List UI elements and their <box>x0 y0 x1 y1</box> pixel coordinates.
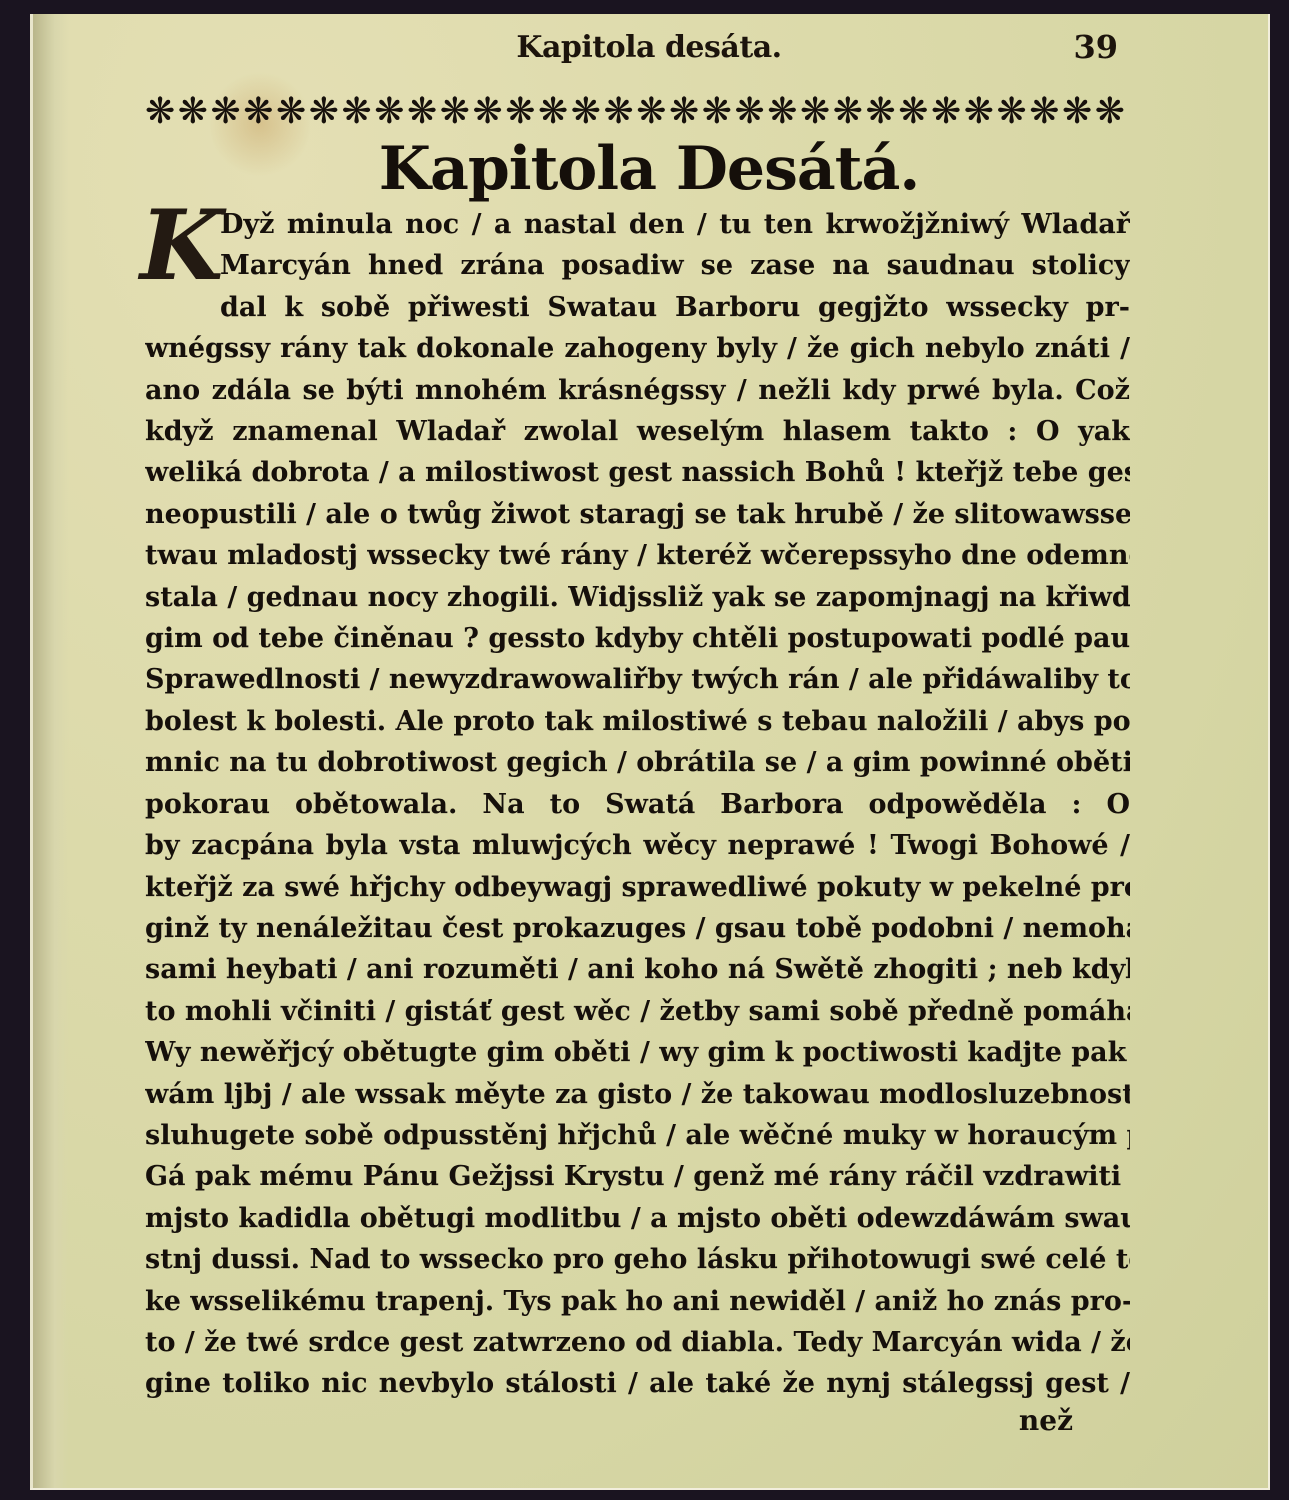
ornament-flower-icon: ❋ <box>833 94 863 130</box>
ornament-flower-icon: ❋ <box>767 94 797 130</box>
text-line: ginž ty nenáležitau čest prokazuges / gs… <box>145 908 1130 949</box>
body-text: K Dyž minula noc / a nastal den / tu ten… <box>145 204 1130 1405</box>
ornament-band: ❋❋❋❋❋❋❋❋❋❋❋❋❋❋❋❋❋❋❋❋❋❋❋❋❋❋❋❋❋❋ <box>145 94 1125 130</box>
text-line: sluhugete sobě odpusstěnj hřjchů / ale w… <box>145 1115 1130 1156</box>
text-line: to mohli včiniti / gistáť gest wěc / žet… <box>145 991 1130 1032</box>
text-line: gim od tebe činěnau ? gessto kdyby chtěl… <box>145 618 1130 659</box>
ornament-flower-icon: ❋ <box>211 94 241 130</box>
ornament-flower-icon: ❋ <box>669 94 699 130</box>
catchword: než <box>1019 1404 1073 1437</box>
text-line: stnj dussi. Nad to wssecko pro geho lásk… <box>145 1239 1130 1280</box>
ornament-flower-icon: ❋ <box>178 94 208 130</box>
ornament-flower-icon: ❋ <box>702 94 732 130</box>
text-line: Wy newěřjcý obětugte gim oběti / wy gim … <box>145 1032 1130 1073</box>
torn-page-edge <box>30 14 69 1488</box>
text-line: ke wsselikému trapenj. Tys pak ho ani ne… <box>145 1281 1130 1322</box>
ornament-flower-icon: ❋ <box>407 94 437 130</box>
text-line: mjsto kadidla obětugi modlitbu / a mjsto… <box>145 1198 1130 1239</box>
text-line: když znamenal Wladař zwolal weselým hlas… <box>145 411 1130 452</box>
text-line: by zacpána byla vsta mluwjcých wěcy nepr… <box>145 825 1130 866</box>
ornament-flower-icon: ❋ <box>309 94 339 130</box>
ornament-flower-icon: ❋ <box>735 94 765 130</box>
ornament-flower-icon: ❋ <box>571 94 601 130</box>
ornament-flower-icon: ❋ <box>1095 94 1125 130</box>
ornament-flower-icon: ❋ <box>800 94 830 130</box>
ornament-flower-icon: ❋ <box>931 94 961 130</box>
ornament-flower-icon: ❋ <box>473 94 503 130</box>
text-line: sami heybati / ani rozuměti / ani koho n… <box>145 949 1130 990</box>
ornament-flower-icon: ❋ <box>1029 94 1059 130</box>
ornament-flower-icon: ❋ <box>964 94 994 130</box>
ornament-flower-icon: ❋ <box>1062 94 1092 130</box>
ornament-flower-icon: ❋ <box>243 94 273 130</box>
text-line: gine tolikо nic nevbylo stálosti / ale t… <box>145 1363 1130 1404</box>
ornament-flower-icon: ❋ <box>898 94 928 130</box>
drop-cap: K <box>140 198 223 294</box>
ornament-flower-icon: ❋ <box>342 94 372 130</box>
text-line: stala / gednau nocy zhogili. Widjsslіž y… <box>145 577 1130 618</box>
ornament-flower-icon: ❋ <box>145 94 175 130</box>
text-line: Sprawedlnosti / newyzdrawowaliřby twých … <box>145 659 1130 700</box>
text-line: Dyž minula noc / a nastal den / tu ten k… <box>145 204 1130 245</box>
text-line: dal k sobě přiwesti Swatau Barboru gegjž… <box>145 287 1130 328</box>
text-line: twau mladostj wssecky twé rány / kteréž … <box>145 535 1130 576</box>
text-line: kteřjž za swé hřjchy odbeywagj sprawedli… <box>145 867 1130 908</box>
text-line: pokorau obětowala. Na to Swatá Barbora o… <box>145 784 1130 825</box>
text-line: mnic na tu dobrotiwost gegich / obrátila… <box>145 742 1130 783</box>
ornament-flower-icon: ❋ <box>505 94 535 130</box>
text-line: wám ljbj / ale wssak měyte za gisto / že… <box>145 1074 1130 1115</box>
text-line: bolest k bolesti. Ale proto tak milostiw… <box>145 701 1130 742</box>
text-line: weliká dobrota / a milostiwost gest nass… <box>145 452 1130 493</box>
ornament-flower-icon: ❋ <box>866 94 896 130</box>
text-line: neopustili / ale o twůg žiwot staragj se… <box>145 494 1130 535</box>
page-number: 39 <box>1073 28 1118 66</box>
text-line: to / že twé srdce gest zatwrzeno od diab… <box>145 1322 1130 1363</box>
ornament-flower-icon: ❋ <box>276 94 306 130</box>
ornament-flower-icon: ❋ <box>538 94 568 130</box>
ornament-flower-icon: ❋ <box>997 94 1027 130</box>
ornament-flower-icon: ❋ <box>604 94 634 130</box>
ornament-flower-icon: ❋ <box>636 94 666 130</box>
text-line: Marcyán hned zrána posadiw se zase na sa… <box>145 245 1130 286</box>
ornament-flower-icon: ❋ <box>374 94 404 130</box>
text-line: wnégssy rány tak dokonale zahogeny byly … <box>145 328 1130 369</box>
ornament-flower-icon: ❋ <box>440 94 470 130</box>
text-line: Gá pak mému Pánu Gežjssi Krystu / genž m… <box>145 1156 1130 1197</box>
text-line: ano zdála se býti mnohém krásnégssy / ne… <box>145 370 1130 411</box>
book-page: Kapitola desáta. 39 ❋❋❋❋❋❋❋❋❋❋❋❋❋❋❋❋❋❋❋❋… <box>30 14 1270 1490</box>
